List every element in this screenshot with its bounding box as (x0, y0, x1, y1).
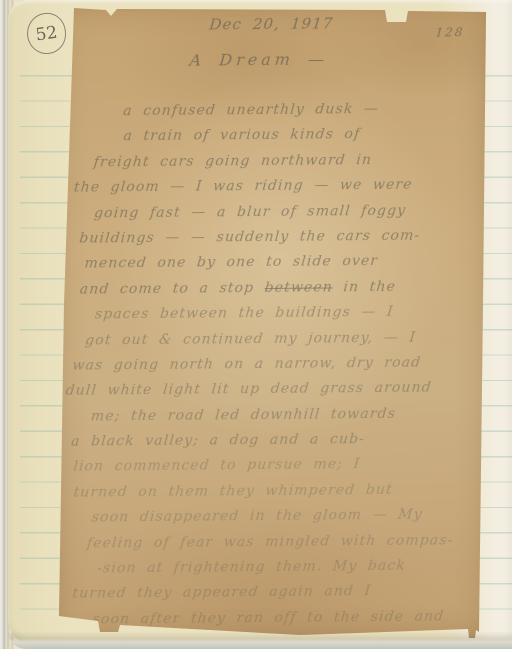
manuscript-line: spaces between the buildings — I (94, 299, 489, 328)
line-text-after: in the (332, 279, 397, 296)
circled-page-number-text: 52 (34, 22, 58, 45)
manuscript-line: a confused unearthly dusk — (122, 96, 487, 125)
entry-date: Dec 20, 1917 (209, 14, 335, 33)
manuscript-line: turned they appeared again and I (71, 579, 491, 608)
pasted-manuscript-paper: Dec 20, 1917 128 A Dream — a confused un… (56, 4, 488, 638)
manuscript-line: going fast — a blur of small foggy (93, 198, 488, 227)
manuscript-line: dull white light lit up dead grass aroun… (64, 375, 489, 404)
manuscript-line: lion commenced to pursue me; I (72, 452, 490, 481)
handwritten-manuscript: Dec 20, 1917 128 A Dream — a confused un… (53, 2, 491, 640)
manuscript-line: feeling of fear was mingled with compas- (86, 528, 491, 557)
page-bottom-curl (8, 631, 512, 649)
manuscript-line: soon disappeared in the gloom — My (90, 502, 490, 531)
manuscript-line: the gloom — I was riding — we were (73, 172, 488, 201)
struck-word: between (264, 279, 334, 296)
folio-number: 128 (435, 25, 465, 39)
manuscript-line: me; the road led downhill towards (90, 401, 490, 430)
manuscript-line: a train of various kinds of (122, 122, 487, 151)
line-text-before: and come to a stop (79, 280, 265, 298)
scanned-journal-page: 52 Dec 20, 1917 128 A Dream — a confused… (0, 0, 512, 649)
manuscript-line: and come to a stop between in the (78, 274, 488, 303)
manuscript-body: a confused unearthly dusk — a train of v… (54, 96, 491, 633)
entry-title: A Dream — (189, 49, 329, 69)
manuscript-line: got out & continued my journey, — I (84, 325, 489, 354)
manuscript-line: menced one by one to slide over (83, 248, 488, 277)
manuscript-line: freight cars going northward in (92, 147, 487, 176)
